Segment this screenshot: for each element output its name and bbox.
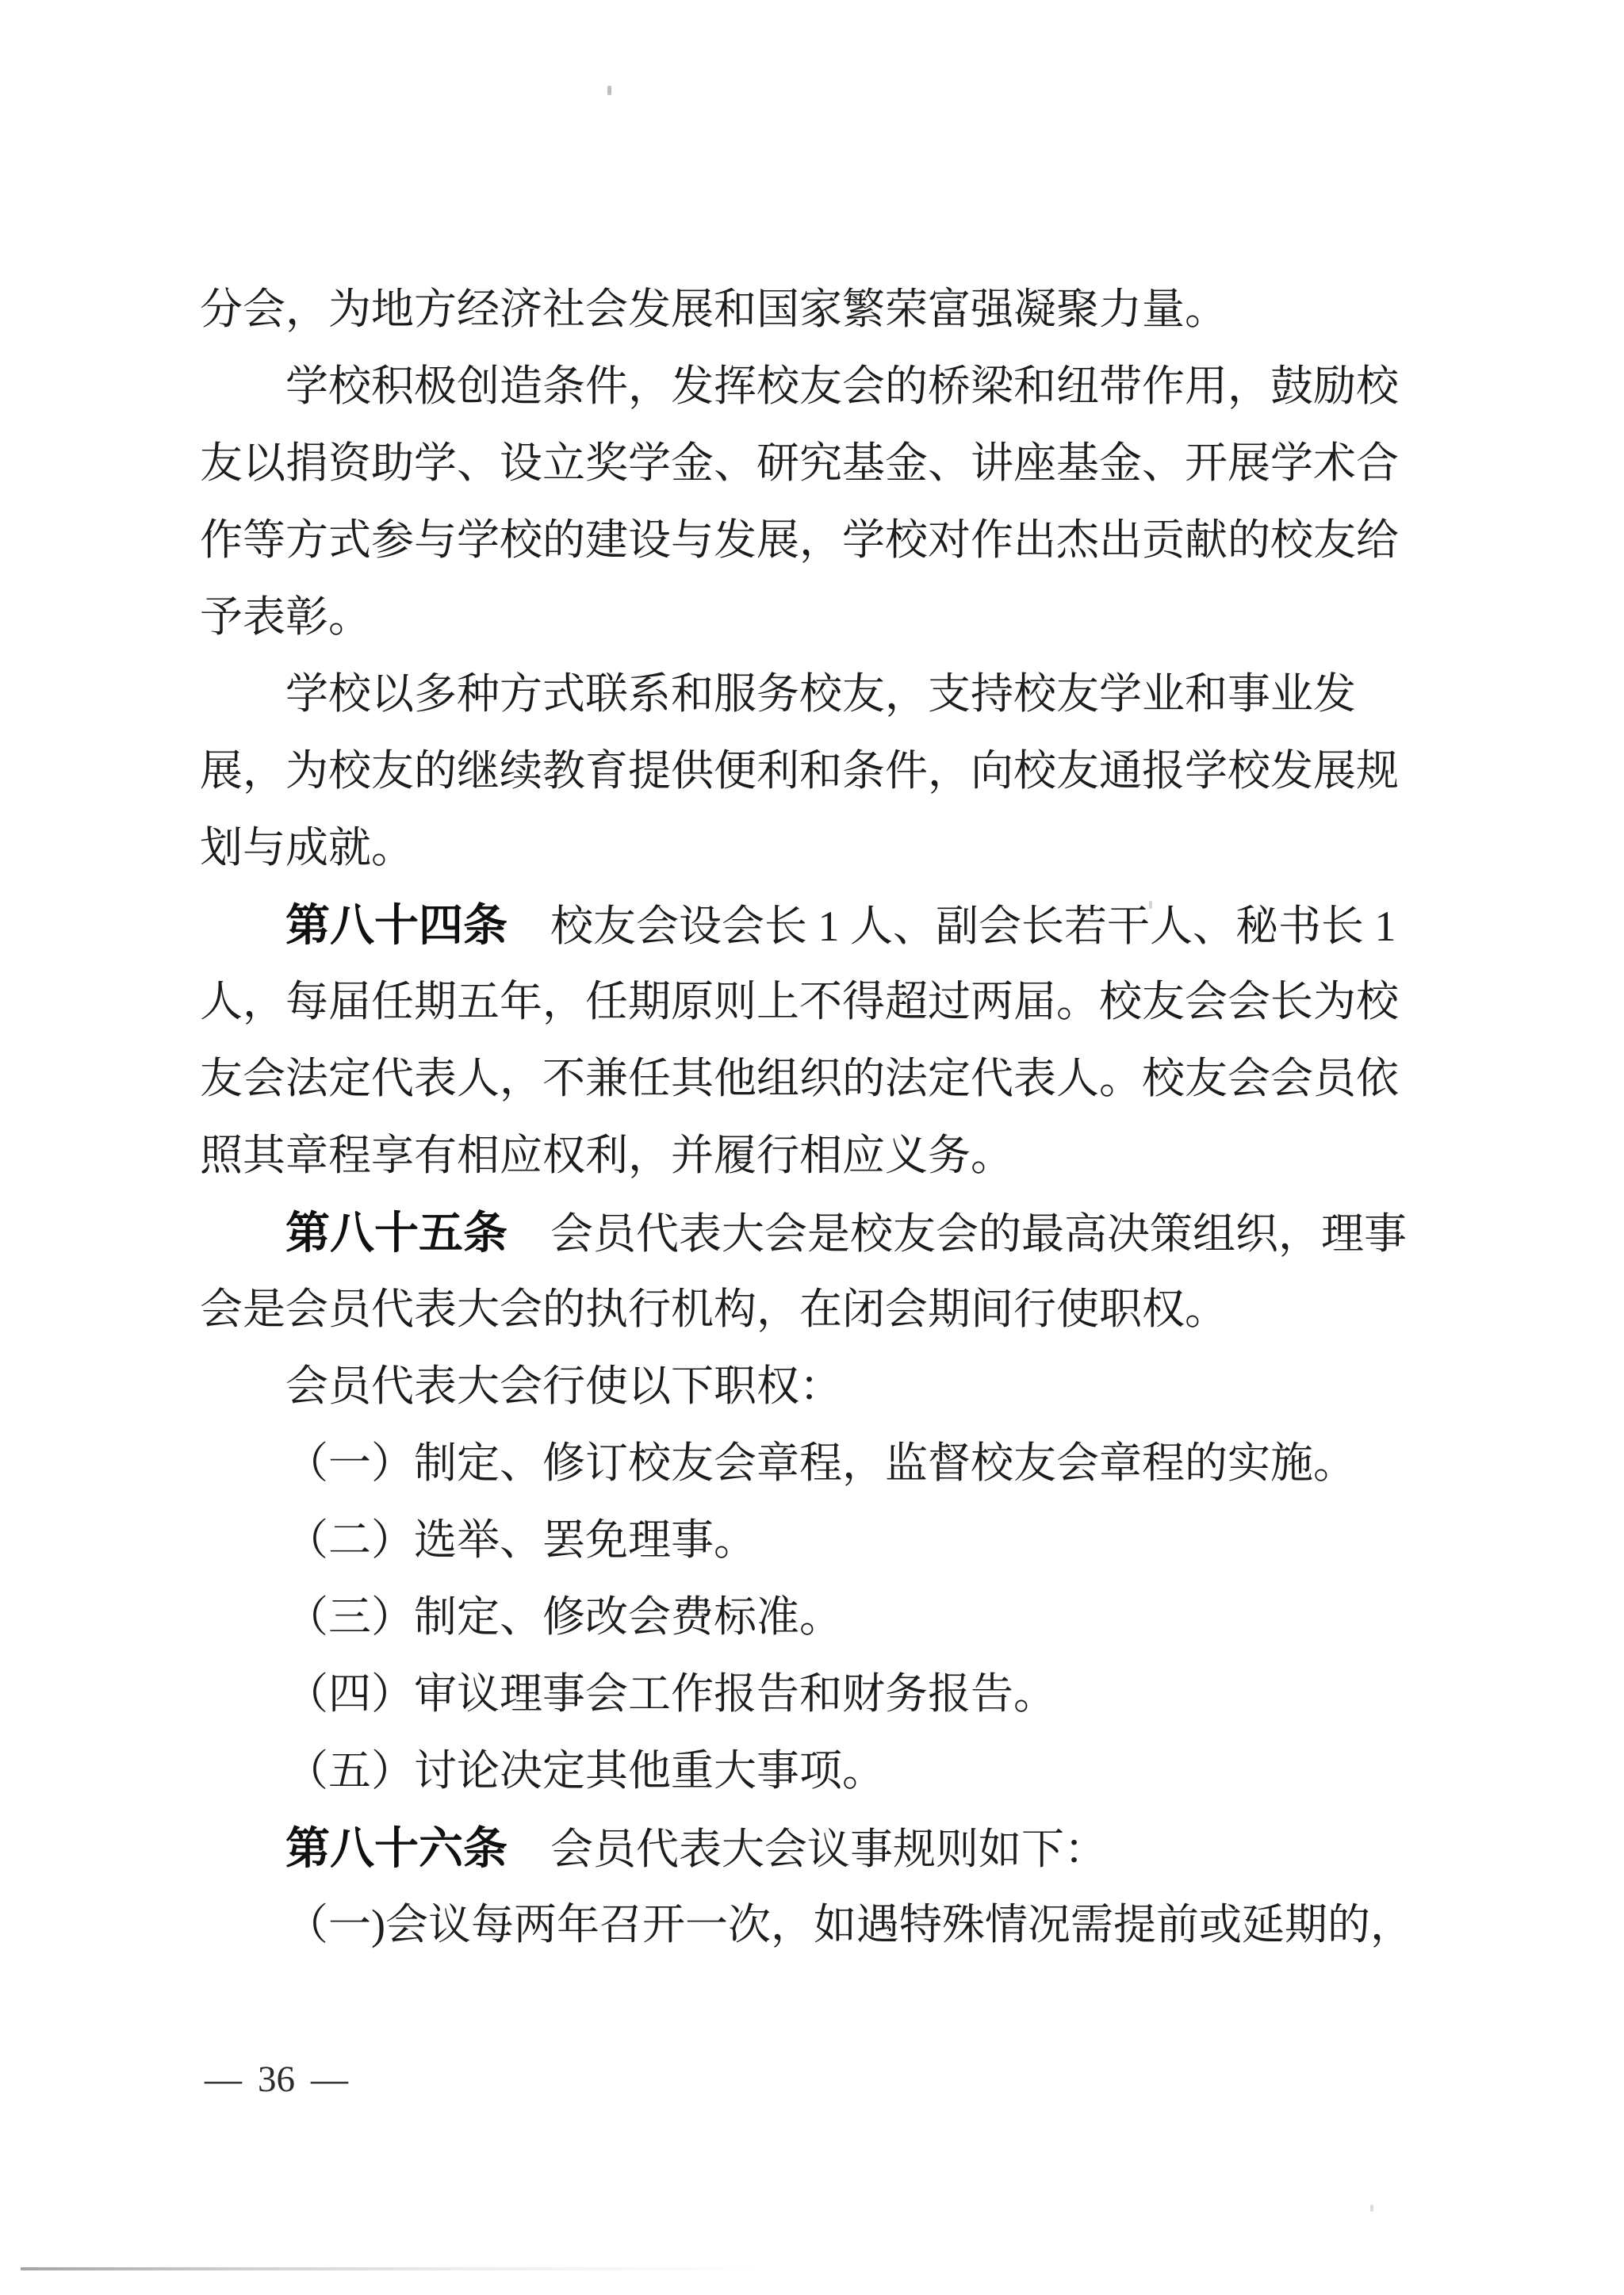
scan-speck (1149, 901, 1152, 909)
document-page: 分会，为地方经济社会发展和国家繁荣富强凝聚力量。学校积极创造条件，发挥校友会的桥… (0, 0, 1624, 2295)
article-heading: 第八十五条 (285, 1208, 507, 1258)
text-run: 会员代表大会行使以下职权： (285, 1362, 842, 1410)
text-line: （二）选举、罢免理事。 (200, 1502, 1437, 1579)
footer-dash-right: — (311, 2056, 348, 2103)
text-line: 会是会员代表大会的执行机构，在闭会期间行使职权。 (200, 1271, 1437, 1348)
text-run: （五）讨论决定其他重大事项。 (285, 1747, 885, 1795)
text-run: 划与成就。 (200, 824, 414, 872)
text-run: （二）选举、罢免理事。 (285, 1516, 756, 1564)
text-line: 友会法定代表人，不兼任其他组织的法定代表人。校友会会员依 (200, 1040, 1437, 1117)
text-run: 友会法定代表人，不兼任其他组织的法定代表人。校友会会员依 (200, 1055, 1399, 1102)
text-run: 会是会员代表大会的执行机构，在闭会期间行使职权。 (200, 1285, 1228, 1333)
text-line: 会员代表大会行使以下职权： (200, 1348, 1437, 1425)
text-run: 会员代表大会是校友会的最高决策组织，理事 (507, 1210, 1407, 1258)
text-line: （一）制定、修订校友会章程，监督校友会章程的实施。 (200, 1425, 1437, 1502)
text-run: （三）制定、修改会费标准。 (285, 1593, 842, 1641)
text-line: 人，每届任期五年，任期原则上不得超过两届。校友会会长为校 (200, 964, 1437, 1040)
text-run: 会员代表大会议事规则如下： (507, 1826, 1107, 1873)
text-line: （一)会议每两年召开一次，如遇特殊情况需提前或延期的， (200, 1887, 1437, 1964)
text-line: （五）讨论决定其他重大事项。 (200, 1733, 1437, 1810)
article-heading: 第八十六条 (285, 1823, 507, 1873)
article-heading: 第八十四条 (285, 900, 507, 950)
text-line: 作等方式参与学校的建设与发展，学校对作出杰出贡献的校友给 (200, 502, 1437, 579)
text-run: 人，每届任期五年，任期原则上不得超过两届。校友会会长为校 (200, 978, 1399, 1025)
text-line: （三）制定、修改会费标准。 (200, 1579, 1437, 1656)
text-run: （一）制定、修订校友会章程，监督校友会章程的实施。 (285, 1439, 1356, 1487)
text-run: 照其章程享有相应权利，并履行相应义务。 (200, 1132, 1013, 1179)
page-number: 36 (258, 2056, 295, 2103)
scan-speck (607, 86, 611, 95)
text-run: 展，为校友的继续教育提供便利和条件，向校友通报学校发展规 (200, 747, 1399, 795)
text-run: 学校积极创造条件，发挥校友会的桥梁和纽带作用，鼓励校 (285, 362, 1399, 410)
text-run: 学校以多种方式联系和服务校友，支持校友学业和事业发 (285, 670, 1356, 718)
text-run: （四）审议理事会工作报告和财务报告。 (285, 1670, 1056, 1718)
scan-artifact-line (21, 2267, 766, 2270)
text-run: 作等方式参与学校的建设与发展，学校对作出杰出贡献的校友给 (200, 516, 1399, 564)
body-text: 分会，为地方经济社会发展和国家繁荣富强凝聚力量。学校积极创造条件，发挥校友会的桥… (200, 271, 1437, 1964)
text-line: 学校以多种方式联系和服务校友，支持校友学业和事业发 (200, 656, 1437, 733)
text-run: （一)会议每两年召开一次，如遇特殊情况需提前或延期的， (285, 1901, 1413, 1948)
text-line: （四）审议理事会工作报告和财务报告。 (200, 1656, 1437, 1733)
text-line: 第八十五条 会员代表大会是校友会的最高决策组织，理事 (200, 1194, 1437, 1271)
text-line: 学校积极创造条件，发挥校友会的桥梁和纽带作用，鼓励校 (200, 348, 1437, 425)
page-footer: — 36 — (205, 2056, 348, 2103)
text-run: 予表彰。 (200, 593, 371, 641)
text-run: 校友会设会长 1 人、副会长若干人、秘书长 1 (507, 902, 1396, 950)
text-line: 分会，为地方经济社会发展和国家繁荣富强凝聚力量。 (200, 271, 1437, 348)
text-line: 照其章程享有相应权利，并履行相应义务。 (200, 1117, 1437, 1194)
text-line: 展，为校友的继续教育提供便利和条件，向校友通报学校发展规 (200, 733, 1437, 810)
footer-dash-left: — (205, 2056, 242, 2103)
text-line: 予表彰。 (200, 579, 1437, 656)
text-line: 友以捐资助学、设立奖学金、研究基金、讲座基金、开展学术合 (200, 425, 1437, 502)
scan-speck (1370, 2205, 1373, 2212)
text-line: 划与成就。 (200, 810, 1437, 887)
text-line: 第八十四条 校友会设会长 1 人、副会长若干人、秘书长 1 (200, 887, 1437, 964)
text-line: 第八十六条 会员代表大会议事规则如下： (200, 1810, 1437, 1887)
text-run: 友以捐资助学、设立奖学金、研究基金、讲座基金、开展学术合 (200, 439, 1399, 487)
text-run: 分会，为地方经济社会发展和国家繁荣富强凝聚力量。 (200, 285, 1228, 333)
